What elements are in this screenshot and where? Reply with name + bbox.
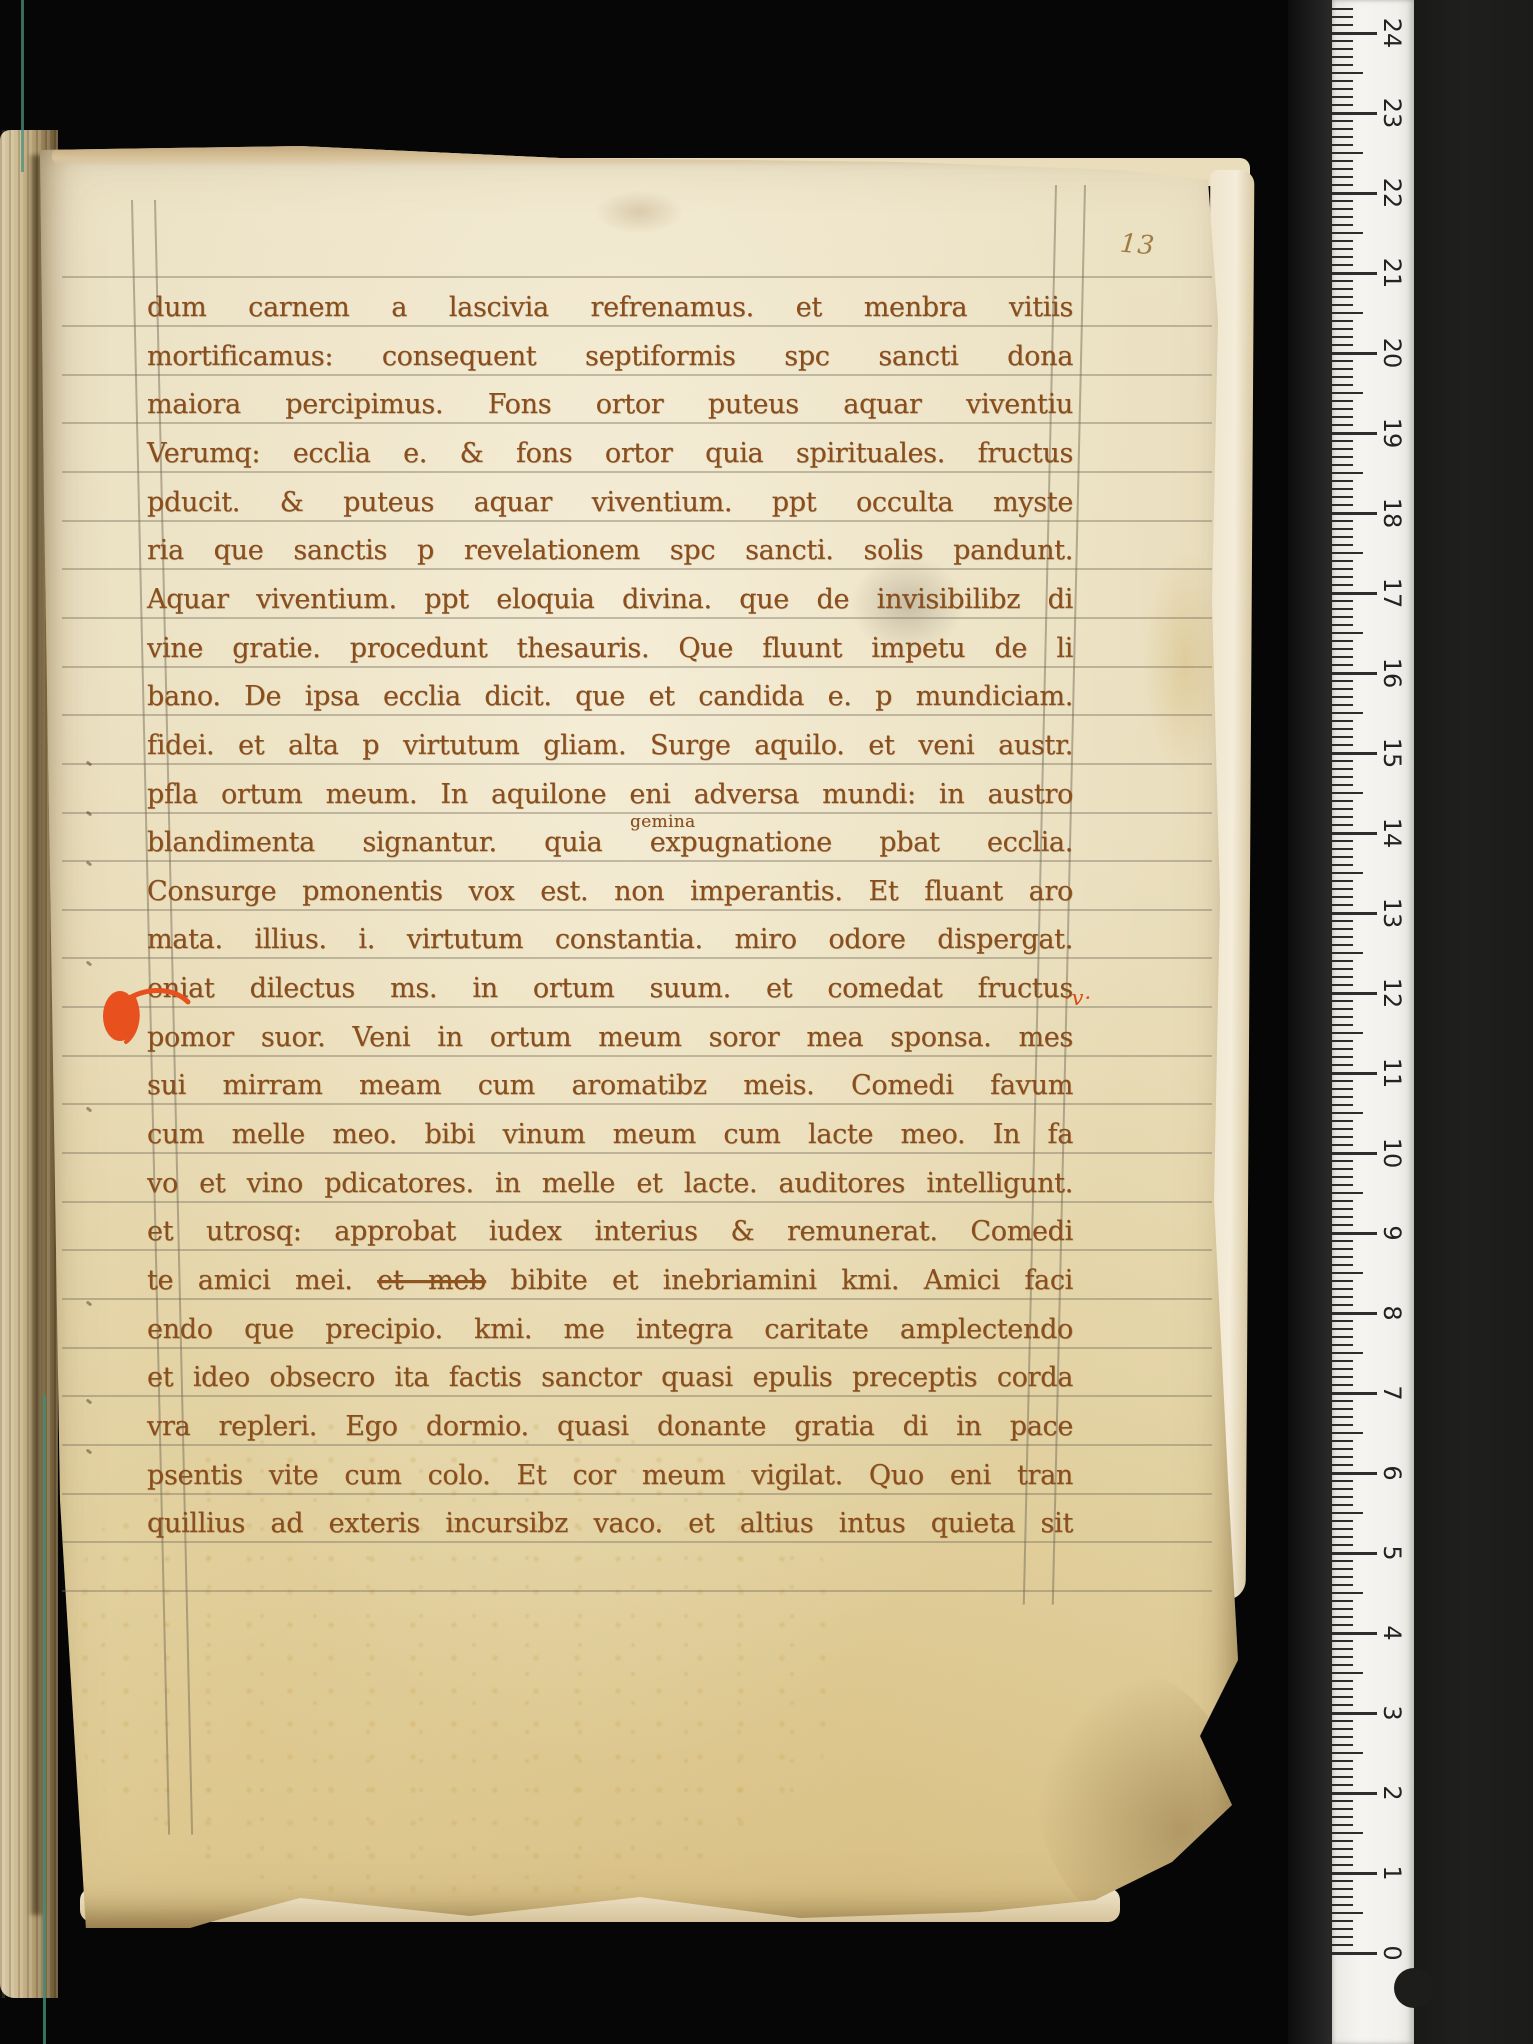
ruler-number: 6 bbox=[1377, 1443, 1407, 1503]
ruler-tick bbox=[1332, 1920, 1353, 1922]
corner-curl-shadow bbox=[1034, 1668, 1244, 1938]
ruler-tick bbox=[1332, 1704, 1353, 1706]
manuscript-line: blandimenta signantur. quia expugnatione… bbox=[147, 820, 1073, 866]
ruler-tick bbox=[1332, 1176, 1353, 1178]
ruler-tick bbox=[1332, 1776, 1353, 1778]
ruler-tick bbox=[1332, 416, 1353, 418]
ruler-tick bbox=[1332, 1088, 1353, 1090]
ruler-tick bbox=[1332, 600, 1353, 602]
ruler-tick bbox=[1332, 392, 1363, 394]
struck-text: et meb bbox=[377, 1265, 486, 1296]
ruler-tick bbox=[1332, 400, 1353, 402]
manuscript-line: Consurge pmonentis vox est. non imperant… bbox=[147, 869, 1073, 915]
ruler-number: 3 bbox=[1377, 1683, 1407, 1743]
ruler-tick bbox=[1332, 208, 1353, 210]
ruler-number: 4 bbox=[1377, 1603, 1407, 1663]
ruler-tick bbox=[1332, 240, 1353, 242]
ruler-tick bbox=[1332, 1936, 1353, 1938]
ruler-tick bbox=[1332, 1680, 1353, 1682]
ruler-tick bbox=[1332, 1232, 1377, 1235]
ruler-tick bbox=[1332, 1160, 1353, 1162]
ruler-tick bbox=[1332, 216, 1353, 218]
ruler-tick bbox=[1332, 768, 1353, 770]
manuscript-line: quillius ad exteris incursibz vaco. et a… bbox=[147, 1501, 1073, 1547]
ruler-tick bbox=[1332, 1400, 1353, 1402]
ruler-tick bbox=[1332, 1360, 1353, 1362]
ruler-tick bbox=[1332, 1448, 1353, 1450]
ruler-tick bbox=[1332, 1248, 1353, 1250]
ruler-number: 13 bbox=[1377, 883, 1407, 943]
line-segment: te amici mei. bbox=[147, 1265, 377, 1296]
ruler-tick bbox=[1332, 200, 1353, 202]
ruler-tick bbox=[1332, 24, 1353, 26]
ruler-tick bbox=[1332, 1520, 1353, 1522]
ruler-tick bbox=[1332, 160, 1353, 162]
ruler-tick bbox=[1332, 1208, 1353, 1210]
ruler-tick bbox=[1332, 40, 1353, 42]
manuscript-line: eniat dilectus ms. in ortum suum. et com… bbox=[147, 966, 1073, 1012]
ruler-tick bbox=[1332, 520, 1353, 522]
ruler-tick bbox=[1332, 56, 1353, 58]
ruler-tick bbox=[1332, 1240, 1353, 1242]
ruler-tick bbox=[1332, 1000, 1353, 1002]
horizontal-rule bbox=[62, 276, 1212, 278]
ruler-tick bbox=[1332, 1224, 1353, 1226]
ruler-tick bbox=[1332, 1392, 1377, 1395]
ruler-tick bbox=[1332, 1032, 1363, 1034]
ruler-tick bbox=[1332, 1576, 1353, 1578]
ruler-tick bbox=[1332, 920, 1353, 922]
ruler-tick bbox=[1332, 592, 1377, 595]
manuscript-line: et ideo obsecro ita factis sanctor quasi… bbox=[147, 1355, 1073, 1401]
ruler-tick bbox=[1332, 152, 1363, 154]
ruler-tick bbox=[1332, 440, 1353, 442]
ruler-tick bbox=[1332, 1872, 1377, 1875]
ruler-tick bbox=[1332, 640, 1353, 642]
ruler-tick bbox=[1332, 1328, 1353, 1330]
folio-number: 13 bbox=[1119, 229, 1157, 262]
ruler-number: 18 bbox=[1377, 483, 1407, 543]
ruler-tick bbox=[1332, 1800, 1353, 1802]
ruler-number: 12 bbox=[1377, 963, 1407, 1023]
ruler-tick bbox=[1332, 1592, 1363, 1594]
ruler-tick bbox=[1332, 1112, 1363, 1114]
ruler-tick bbox=[1332, 632, 1363, 634]
ruler-tick bbox=[1332, 784, 1353, 786]
ruler-tick bbox=[1332, 616, 1353, 618]
ruler-tick bbox=[1332, 1736, 1353, 1738]
ruler-tick bbox=[1332, 712, 1363, 714]
ruler-tick bbox=[1332, 1928, 1353, 1930]
ruler-tick bbox=[1332, 1648, 1353, 1650]
ruler-tick bbox=[1332, 1760, 1353, 1762]
ruler-tick bbox=[1332, 48, 1353, 50]
manuscript-line: bano. De ipsa ecclia dicit. que et candi… bbox=[147, 674, 1073, 720]
ruler-tick bbox=[1332, 680, 1353, 682]
ruler-tick bbox=[1332, 752, 1377, 755]
ruler-tick bbox=[1332, 1264, 1353, 1266]
ruler-tick bbox=[1332, 168, 1353, 170]
manuscript-line: fidei. et alta p virtutum gliam. Surge a… bbox=[147, 723, 1073, 769]
bookmark-thread-bottom bbox=[43, 1395, 46, 2044]
ruler-tick bbox=[1332, 1136, 1353, 1138]
ruler-tick bbox=[1332, 544, 1353, 546]
ruler-tick bbox=[1332, 1840, 1353, 1842]
ruler-tick bbox=[1332, 1632, 1377, 1635]
ruler-tick bbox=[1332, 1048, 1353, 1050]
ruler-tick bbox=[1332, 488, 1353, 490]
ruler-tick bbox=[1332, 1008, 1353, 1010]
ruler-tick bbox=[1332, 1816, 1353, 1818]
ruler-tick bbox=[1332, 280, 1353, 282]
ruler-tick bbox=[1332, 1952, 1377, 1955]
ruler-tick bbox=[1332, 536, 1353, 538]
ruler-tick bbox=[1332, 1608, 1353, 1610]
ruler-tick bbox=[1332, 256, 1353, 258]
ruler-tick bbox=[1332, 456, 1353, 458]
manuscript-line: pducit. & puteus aquar viventium. ppt oc… bbox=[147, 480, 1073, 526]
ruler-tick bbox=[1332, 1584, 1353, 1586]
ruler-tick bbox=[1332, 1696, 1353, 1698]
ruler-tick bbox=[1332, 296, 1353, 298]
ruler-tick bbox=[1332, 88, 1353, 90]
ruler-number: 19 bbox=[1377, 403, 1407, 463]
ruler-tick bbox=[1332, 1944, 1353, 1946]
manuscript-line: vra repleri. Ego dormio. quasi donante g… bbox=[147, 1404, 1073, 1450]
ruler-tick bbox=[1332, 1528, 1353, 1530]
ruler-notch bbox=[1394, 1968, 1434, 2008]
bookmark-thread-top bbox=[21, 0, 24, 172]
ruler-tick bbox=[1332, 1808, 1353, 1810]
ruler-tick bbox=[1332, 64, 1353, 66]
ruler-tick bbox=[1332, 528, 1353, 530]
ruler-tick bbox=[1332, 1344, 1353, 1346]
ruler-tick bbox=[1332, 1656, 1353, 1658]
ruler-tick bbox=[1332, 1184, 1353, 1186]
ruler-tick bbox=[1332, 928, 1353, 930]
ruler-tick bbox=[1332, 1848, 1353, 1850]
ruler-number: 5 bbox=[1377, 1523, 1407, 1583]
ruler-number: 2 bbox=[1377, 1763, 1407, 1823]
ruler-tick bbox=[1332, 1312, 1377, 1315]
ruler-tick bbox=[1332, 1040, 1353, 1042]
ruler-tick bbox=[1332, 568, 1353, 570]
ruler-tick bbox=[1332, 1536, 1353, 1538]
ruler-tick bbox=[1332, 192, 1377, 195]
photo-canvas: dum carnem a lascivia refrenamus. et men… bbox=[0, 0, 1533, 2044]
ruler-tick bbox=[1332, 1096, 1353, 1098]
ruler-tick bbox=[1332, 776, 1353, 778]
manuscript-line: ria que sanctis p revelationem spc sanct… bbox=[147, 528, 1073, 574]
ruler-tick bbox=[1332, 1544, 1353, 1546]
ruler-tick bbox=[1332, 872, 1363, 874]
ruler-tick bbox=[1332, 1792, 1377, 1795]
ruler-tick bbox=[1332, 1856, 1353, 1858]
ruler-tick bbox=[1332, 1440, 1353, 1442]
ruler-tick bbox=[1332, 656, 1353, 658]
ruler-tick bbox=[1332, 464, 1353, 466]
ruler-tick bbox=[1332, 904, 1353, 906]
ruler-tick bbox=[1332, 1432, 1363, 1434]
ruler-tick bbox=[1332, 1056, 1353, 1058]
ruler-tick bbox=[1332, 328, 1353, 330]
ruler-tick bbox=[1332, 1272, 1363, 1274]
ruler-number: 8 bbox=[1377, 1283, 1407, 1343]
ruler-tick bbox=[1332, 312, 1363, 314]
ruler-tick bbox=[1332, 1664, 1353, 1666]
ruler-tick bbox=[1332, 936, 1353, 938]
ruler-tick bbox=[1332, 824, 1353, 826]
manuscript-line: dum carnem a lascivia refrenamus. et men… bbox=[147, 285, 1073, 331]
ruler-tick bbox=[1332, 608, 1353, 610]
ruler-tick bbox=[1332, 352, 1377, 355]
ruler-tick bbox=[1332, 744, 1353, 746]
ruler-tick bbox=[1332, 480, 1353, 482]
ruler-tick bbox=[1332, 992, 1377, 995]
ruler-tick bbox=[1332, 80, 1353, 82]
ruler-tick bbox=[1332, 696, 1353, 698]
ruler-tick bbox=[1332, 344, 1353, 346]
ruler-tick bbox=[1332, 1504, 1353, 1506]
rubricated-initial bbox=[96, 968, 206, 1046]
ruler-tick bbox=[1332, 1280, 1353, 1282]
ruler-tick bbox=[1332, 984, 1353, 986]
ruler-tick bbox=[1332, 1512, 1363, 1514]
ruler-tick bbox=[1332, 408, 1353, 410]
ruler-tick bbox=[1332, 1336, 1353, 1338]
ruler-number: 1 bbox=[1377, 1843, 1407, 1903]
ruler-tick bbox=[1332, 1256, 1353, 1258]
ruler-tick bbox=[1332, 856, 1353, 858]
ruler-number: 9 bbox=[1377, 1203, 1407, 1263]
ruler-tick bbox=[1332, 112, 1377, 115]
ruler-tick bbox=[1332, 144, 1353, 146]
manuscript-line: sui mirram meam cum aromatibz meis. Come… bbox=[147, 1063, 1073, 1109]
ruler-tick bbox=[1332, 1072, 1377, 1075]
ruler-tick bbox=[1332, 128, 1353, 130]
ruler-tick bbox=[1332, 1296, 1353, 1298]
stain bbox=[594, 190, 684, 234]
ruler-tick bbox=[1332, 888, 1353, 890]
ruler-tick bbox=[1332, 728, 1353, 730]
manuscript-line: Verumq: ecclia e. & fons ortor quia spir… bbox=[147, 431, 1073, 477]
ruler-tick bbox=[1332, 1744, 1353, 1746]
ruler-tick bbox=[1332, 1488, 1353, 1490]
manuscript-line: vine gratie. procedunt thesauris. Que fl… bbox=[147, 626, 1073, 672]
ruler-tick bbox=[1332, 968, 1353, 970]
ruler-tick bbox=[1332, 832, 1377, 835]
manuscript-line: mortificamus: consequent septiformis spc… bbox=[147, 334, 1073, 380]
ruler-tick bbox=[1332, 1016, 1353, 1018]
ruler-tick bbox=[1332, 1288, 1353, 1290]
ruler-tick bbox=[1332, 952, 1363, 954]
ruler-tick bbox=[1332, 360, 1353, 362]
ruler-tick bbox=[1332, 224, 1353, 226]
ruler-tick bbox=[1332, 1352, 1363, 1354]
ruler-tick bbox=[1332, 1216, 1353, 1218]
ruler-number: 14 bbox=[1377, 803, 1407, 863]
manuscript-line: te amici mei. et meb bibite et inebriami… bbox=[147, 1258, 1073, 1304]
ruler-number: 7 bbox=[1377, 1363, 1407, 1423]
manuscript-line: et utrosq: approbat iudex interius & rem… bbox=[147, 1209, 1073, 1255]
ruler-tick bbox=[1332, 136, 1353, 138]
ruler-tick bbox=[1332, 1192, 1363, 1194]
ruler-tick bbox=[1332, 272, 1377, 275]
ruler-tick bbox=[1332, 960, 1353, 962]
ruler-tick bbox=[1332, 1480, 1353, 1482]
ruler-tick bbox=[1332, 1416, 1353, 1418]
ruler-tick bbox=[1332, 72, 1363, 74]
ruler-tick bbox=[1332, 1080, 1353, 1082]
ruler-tick bbox=[1332, 1768, 1353, 1770]
ruler-tick bbox=[1332, 1456, 1353, 1458]
ruler-number: 23 bbox=[1377, 83, 1407, 143]
manuscript-line: cum melle meo. bibi vinum meum cum lacte… bbox=[147, 1112, 1073, 1158]
ruler-tick bbox=[1332, 1368, 1353, 1370]
ruler-tick bbox=[1332, 496, 1353, 498]
ruler-tick bbox=[1332, 448, 1353, 450]
ruler-tick bbox=[1332, 1640, 1353, 1642]
ruler-tick bbox=[1332, 1200, 1353, 1202]
ruler-tick bbox=[1332, 32, 1377, 35]
ruler-tick bbox=[1332, 1568, 1353, 1570]
ruler-tick bbox=[1332, 1712, 1377, 1715]
ruler-tick bbox=[1332, 1144, 1353, 1146]
ruler-tick bbox=[1332, 720, 1353, 722]
ruler-tick bbox=[1332, 704, 1353, 706]
ruler-tick bbox=[1332, 472, 1363, 474]
ruler-tick bbox=[1332, 1024, 1353, 1026]
ruler-tick bbox=[1332, 1496, 1353, 1498]
ruler-tick bbox=[1332, 760, 1353, 762]
ruler-tick bbox=[1332, 1616, 1353, 1618]
ruler-tick bbox=[1332, 848, 1353, 850]
ruler-tick bbox=[1332, 672, 1377, 675]
ruler-tick bbox=[1332, 336, 1353, 338]
ruler-tick bbox=[1332, 1864, 1353, 1866]
manuscript-line: mata. illius. i. virtutum constantia. mi… bbox=[147, 917, 1073, 963]
ruler-tick bbox=[1332, 1688, 1353, 1690]
ruler-tick bbox=[1332, 1880, 1353, 1882]
ruler-tick bbox=[1332, 1464, 1353, 1466]
ruler-tick bbox=[1332, 184, 1353, 186]
ruler-tick bbox=[1332, 736, 1353, 738]
ruler-number: 10 bbox=[1377, 1123, 1407, 1183]
ruler-tick bbox=[1332, 648, 1353, 650]
ruler-tick bbox=[1332, 944, 1353, 946]
horizontal-rule bbox=[62, 1590, 1212, 1592]
ruler-tick bbox=[1332, 176, 1353, 178]
ruler-tick bbox=[1332, 1624, 1353, 1626]
backdrop-right bbox=[1414, 0, 1533, 2044]
ruler-tick bbox=[1332, 504, 1353, 506]
manuscript-line: pfla ortum meum. In aquilone eni adversa… bbox=[147, 772, 1073, 818]
ruler-tick bbox=[1332, 1064, 1353, 1066]
ruler-tick bbox=[1332, 368, 1353, 370]
ruler-tick bbox=[1332, 1304, 1353, 1306]
ruler-tick bbox=[1332, 1424, 1353, 1426]
ruler-number: 22 bbox=[1377, 163, 1407, 223]
manuscript-line: vo et vino pdicatores. in melle et lacte… bbox=[147, 1161, 1073, 1207]
ruler-tick bbox=[1332, 1904, 1353, 1906]
marginal-mark: ·v· bbox=[1064, 986, 1092, 1010]
ruler-tick bbox=[1332, 120, 1353, 122]
ruler-edge bbox=[1288, 0, 1332, 2044]
ruler-tick bbox=[1332, 624, 1353, 626]
ruler-tick bbox=[1332, 384, 1353, 386]
manuscript-line: maiora percipimus. Fons ortor puteus aqu… bbox=[147, 382, 1073, 428]
ruler-tick bbox=[1332, 1152, 1377, 1155]
ruler-tick bbox=[1332, 1832, 1363, 1834]
ruler-tick bbox=[1332, 1896, 1353, 1898]
ruler-tick bbox=[1332, 1672, 1363, 1674]
ruler-tick bbox=[1332, 1600, 1353, 1602]
ruler-tick bbox=[1332, 304, 1353, 306]
ruler-tick bbox=[1332, 512, 1377, 515]
ruler-tick bbox=[1332, 840, 1353, 842]
ruler-tick bbox=[1332, 1824, 1353, 1826]
ruler-tick bbox=[1332, 688, 1353, 690]
ruler-number: 21 bbox=[1377, 243, 1407, 303]
ruler-number: 24 bbox=[1377, 3, 1407, 63]
ruler-tick bbox=[1332, 8, 1353, 10]
ruler-tick bbox=[1332, 248, 1353, 250]
ruler-tick bbox=[1332, 104, 1353, 106]
ruler-number: 15 bbox=[1377, 723, 1407, 783]
ruler-tick bbox=[1332, 576, 1353, 578]
ruler-tick bbox=[1332, 880, 1353, 882]
ruler-tick bbox=[1332, 1784, 1353, 1786]
ruler-tick bbox=[1332, 1472, 1377, 1475]
ruler-tick bbox=[1332, 1408, 1353, 1410]
ruler-tick bbox=[1332, 976, 1353, 978]
ruler-tick bbox=[1332, 664, 1353, 666]
ruler-tick bbox=[1332, 1752, 1363, 1754]
ruler-tick bbox=[1332, 552, 1363, 554]
manuscript-line: Aquar viventium. ppt eloquia divina. que… bbox=[147, 577, 1073, 623]
interlinear-addition: gemina bbox=[630, 812, 695, 832]
ruler-number: 16 bbox=[1377, 643, 1407, 703]
ruler-tick bbox=[1332, 1720, 1353, 1722]
ruler-tick bbox=[1332, 808, 1353, 810]
manuscript-line: pomor suor. Veni in ortum meum soror mea… bbox=[147, 1015, 1073, 1061]
ruler-number: 11 bbox=[1377, 1043, 1407, 1103]
ruler-tick bbox=[1332, 1104, 1353, 1106]
ruler-tick bbox=[1332, 432, 1377, 435]
ruler-tick bbox=[1332, 288, 1353, 290]
ruler-tick bbox=[1332, 1320, 1353, 1322]
ruler-tick bbox=[1332, 1120, 1353, 1122]
ruler-tick bbox=[1332, 96, 1353, 98]
ruler-tick bbox=[1332, 424, 1353, 426]
manuscript-line: psentis vite cum colo. Et cor meum vigil… bbox=[147, 1453, 1073, 1499]
ruler-tick bbox=[1332, 320, 1353, 322]
ruler-tick bbox=[1332, 264, 1353, 266]
ruler-tick bbox=[1332, 912, 1377, 915]
ruler-tick bbox=[1332, 232, 1363, 234]
ruler-tick bbox=[1332, 1560, 1353, 1562]
ruler-tick bbox=[1332, 1728, 1353, 1730]
ruler-tick bbox=[1332, 1128, 1353, 1130]
ruler-number: 20 bbox=[1377, 323, 1407, 383]
ruler-tick bbox=[1332, 800, 1353, 802]
manuscript-line: endo que precipio. kmi. me integra carit… bbox=[147, 1307, 1073, 1353]
ruler-number: 17 bbox=[1377, 563, 1407, 623]
line-segment: bibite et inebriamini kmi. Amici faci bbox=[486, 1265, 1073, 1296]
ruler-tick bbox=[1332, 792, 1363, 794]
ruler-tick bbox=[1332, 1168, 1353, 1170]
ruler-tick bbox=[1332, 864, 1353, 866]
